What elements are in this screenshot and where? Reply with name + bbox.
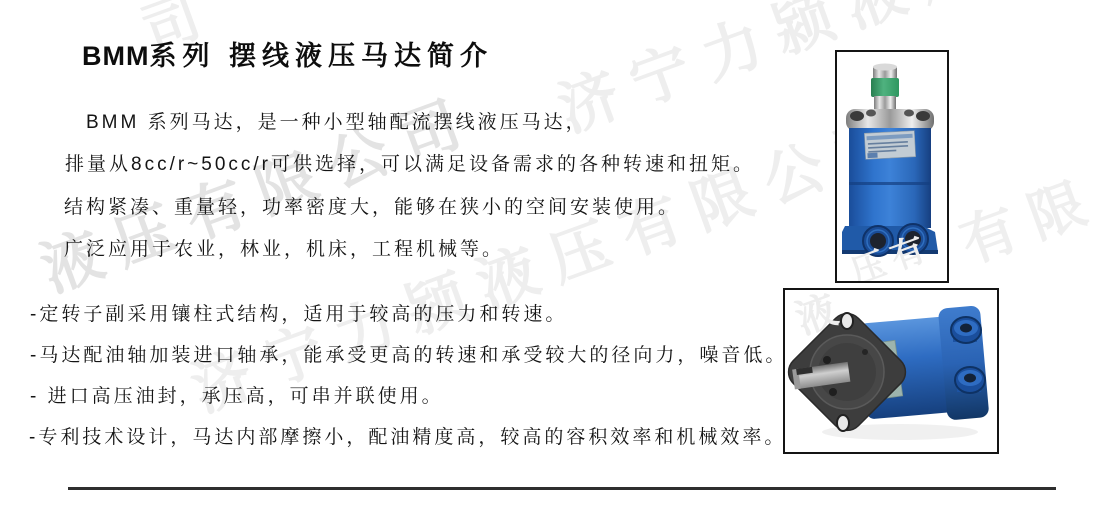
watermark-fragment: 有限 [948,155,1111,279]
bottom-rule [68,487,1056,490]
feature-line: -马达配油轴加装进口轴承，能承受更高的转速和承受较大的径向力，噪音低。 [30,340,787,367]
intro-line: 广泛应用于农业，林业，机床，工程机械等。 [64,234,504,261]
page-title-cjk: 系列 摆线液压马达简介 [149,41,493,71]
horizontal-motor-graphic [785,290,997,452]
feature-line: - 进口高压油封，承压高，可串并联使用。 [30,381,444,408]
intro-line: BMM 系列马达，是一种小型轴配流摆线液压马达， [86,107,588,134]
product-photo-vertical-motor: 压有 [835,50,949,283]
product-intro-page: 司 液压有限公司 济宁力颍液压有限公司 济宁力颍液压 有限 BMM系列 摆线液压… [0,0,1119,507]
page-title: BMM系列 摆线液压马达简介 [82,34,493,73]
port-block [842,224,938,256]
green-cap [871,78,899,97]
vertical-motor-graphic [837,52,947,281]
intro-line: 排量从8cc/r~50cc/r可供选择，可以满足设备需求的各种转速和扭矩。 [65,149,755,176]
feature-line: -专利技术设计，马达内部摩擦小，配油精度高，较高的容积效率和机械效率。 [29,422,786,449]
top-flange [846,109,934,131]
intro-line: 结构紧凑、重量轻，功率密度大，能够在狭小的空间安装使用。 [64,192,680,219]
product-photo-horizontal-motor: 液 [783,288,999,454]
shaft-and-cap [871,64,899,113]
page-title-latin: BMM [82,41,149,71]
feature-line: -定转子副采用镶柱式结构，适用于较高的压力和转速。 [30,299,567,326]
nameplate [864,131,915,160]
motor-body [849,128,931,228]
